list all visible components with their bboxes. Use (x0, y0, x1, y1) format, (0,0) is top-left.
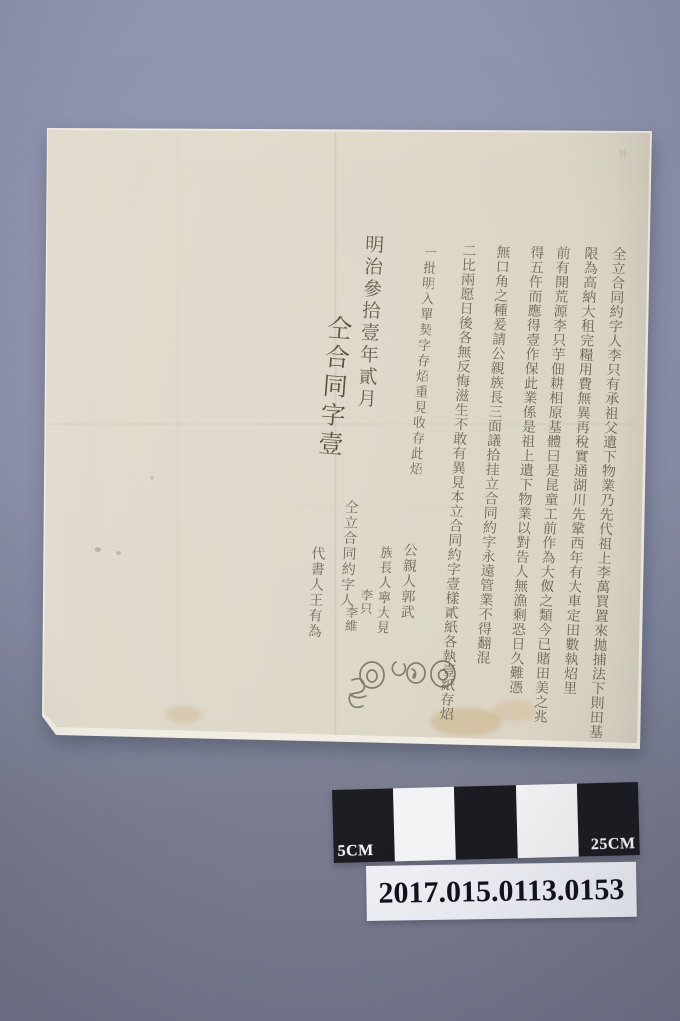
signature-clan-elder: 族長人寧大見 (373, 545, 393, 644)
date-column: 明治參拾壹年貳月 (353, 234, 383, 420)
contract-text-column-6: 二比兩愿日後各無反悔滋生不敢有異見本立合同約字壹樣貳紙各執壹紙存炤 (436, 243, 476, 743)
photo-background: 外 全立合同約字人李只有承祖父遺下物業乃先代祖上李萬買置來拋捕法下則田基 限為高… (0, 0, 680, 1021)
scale-left-label: 5CM (337, 842, 374, 861)
accession-number: 2017.015.0113.0153 (378, 872, 624, 910)
fold-half-character-mark: 仝合同字壹 (313, 314, 353, 476)
scale-segment-dark (454, 785, 517, 860)
signature-scribe: 代書人王有為 (304, 546, 325, 651)
scale-right-label: 25CM (591, 835, 636, 854)
photographic-scale-bar: 5CM 25CM (332, 782, 640, 863)
signature-party-name-1: 李只 (357, 588, 373, 629)
signature-mediator: 公親人郭武 (396, 542, 417, 647)
scale-segment-light (516, 784, 579, 859)
annotation-column: 一批明入單契字存炤重見收存此炤 (403, 245, 436, 517)
accession-number-label: 2017.015.0113.0153 (366, 862, 637, 921)
signature-party-name-2: 李維 (342, 605, 358, 650)
scale-segment-light (393, 787, 456, 862)
contract-text-column-5: 無口角之種爰請公親族長三面議拾挂立合同約字永遠管業不得翻混 (470, 244, 510, 744)
